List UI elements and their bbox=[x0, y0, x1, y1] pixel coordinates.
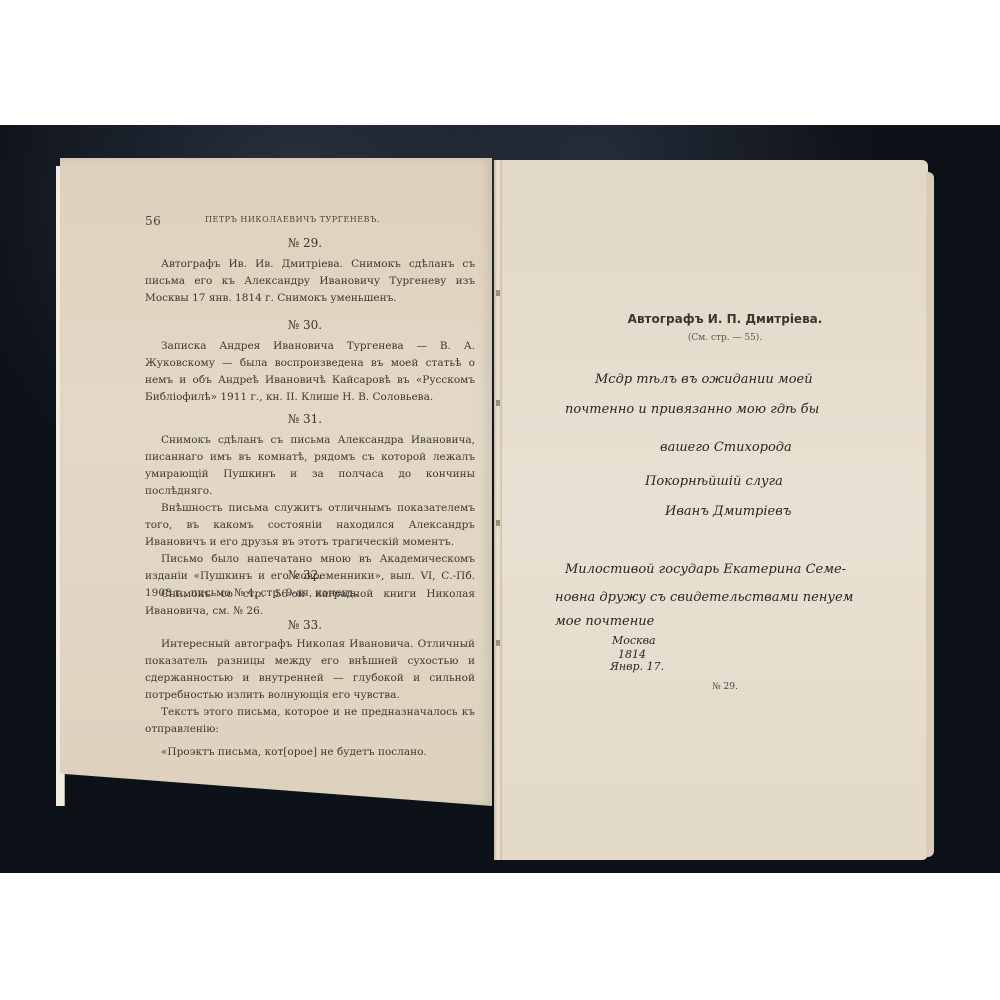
entry-number: № 33. bbox=[135, 618, 475, 632]
binding-stitch bbox=[496, 400, 500, 406]
entry-text: Автографъ Ив. Ив. Дмитріева. Снимокъ сдѣ… bbox=[145, 256, 475, 307]
plate-subtitle: (См. стр. — 55). bbox=[600, 333, 850, 343]
handwriting-date: Янвр. 17. bbox=[610, 660, 664, 673]
handwriting-line: вашего Стихорода bbox=[660, 440, 792, 455]
entry-text: Записка Андрея Ивановича Тургенева — В. … bbox=[145, 338, 475, 406]
entry-number: № 32. bbox=[135, 568, 475, 582]
book-spine bbox=[494, 160, 502, 860]
plate-number: № 29. bbox=[700, 682, 750, 692]
binding-stitch bbox=[496, 290, 500, 296]
handwriting-line: Покорнѣйшій слуга bbox=[645, 474, 783, 489]
handwriting-line: новна дружу съ свидетельствами пенуем bbox=[555, 590, 853, 605]
handwriting-place: Москва bbox=[612, 634, 656, 647]
entry-number: № 30. bbox=[135, 318, 475, 332]
entry-text: Интересный автографъ Николая Ивановича. … bbox=[145, 636, 475, 761]
plate-title: Автографъ И. П. Дмитріева. bbox=[600, 312, 850, 326]
handwriting-line: почтенно и привязанно мою гдѣ бы bbox=[565, 402, 819, 417]
running-head: ПЕТРЪ НИКОЛАЕВИЧЪ ТУРГЕНЕВЪ. bbox=[205, 215, 380, 224]
entry-number: № 31. bbox=[135, 412, 475, 426]
right-page-edges bbox=[926, 172, 934, 857]
handwriting-line: Мсдр тѣлъ въ ожидании моей bbox=[595, 372, 813, 387]
handwriting-line: мое почтение bbox=[555, 614, 654, 629]
binding-stitch bbox=[496, 640, 500, 646]
handwriting-line: Милостивой государь Екатерина Семе- bbox=[565, 562, 846, 577]
signature: Иванъ Дмитріевъ bbox=[665, 504, 791, 519]
entry-text: Снимокъ со стр. 56-ой наградной книги Ни… bbox=[145, 586, 475, 620]
binding-stitch bbox=[496, 520, 500, 526]
page-number: 56 bbox=[145, 214, 161, 228]
entry-number: № 29. bbox=[135, 236, 475, 250]
